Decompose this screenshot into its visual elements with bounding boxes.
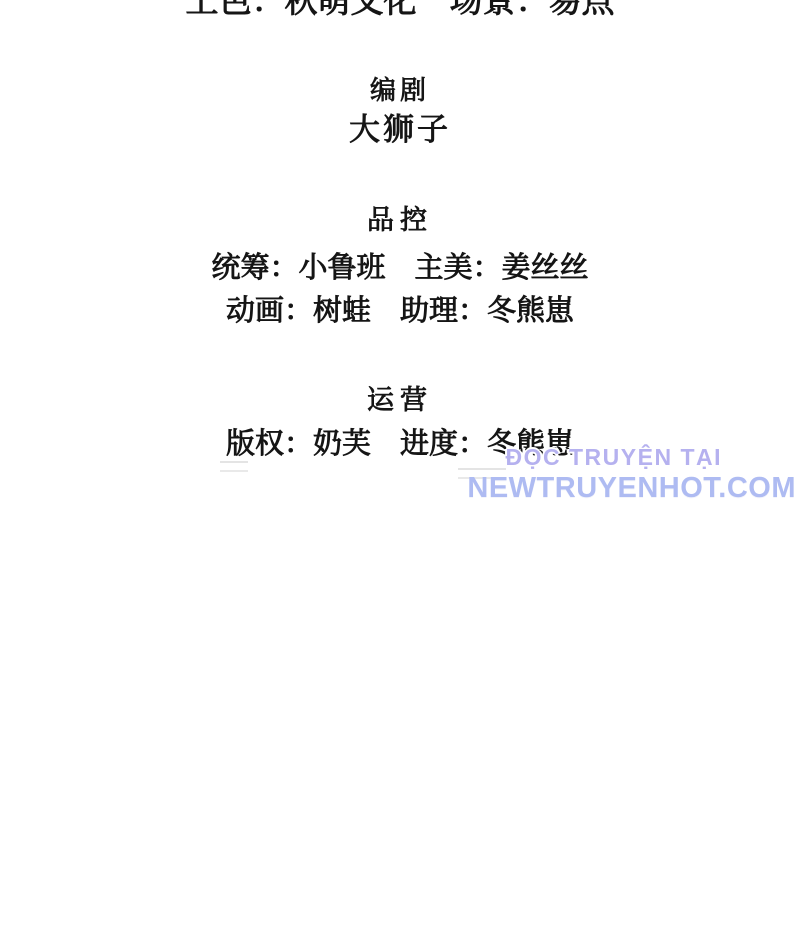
watermark-site-tagline: ĐỌC TRUYỆN TẠI [506, 444, 723, 471]
screenwriter-name: 大狮子 [0, 104, 800, 149]
quality-control-staff-line-2: 动画：树蛙 助理：冬熊崽 [0, 288, 800, 329]
section-heading-screenwriter: 编剧 [0, 70, 800, 107]
section-heading-operations: 运营 [0, 378, 800, 417]
watermark-site-url: NEWTRUYENHOT.COM [467, 472, 796, 505]
credit-line-top-cropped: 上色：秋萌文化 场景：易点 [0, 0, 800, 18]
comic-credits-page: 上色：秋萌文化 场景：易点 编剧 大狮子 品控 统筹：小鲁班 主美：姜丝丝 动画… [0, 0, 800, 950]
quality-control-staff-line-1: 统筹：小鲁班 主美：姜丝丝 [0, 245, 800, 286]
section-heading-quality-control: 品控 [0, 198, 800, 237]
erased-watermark-smudge [220, 461, 248, 472]
